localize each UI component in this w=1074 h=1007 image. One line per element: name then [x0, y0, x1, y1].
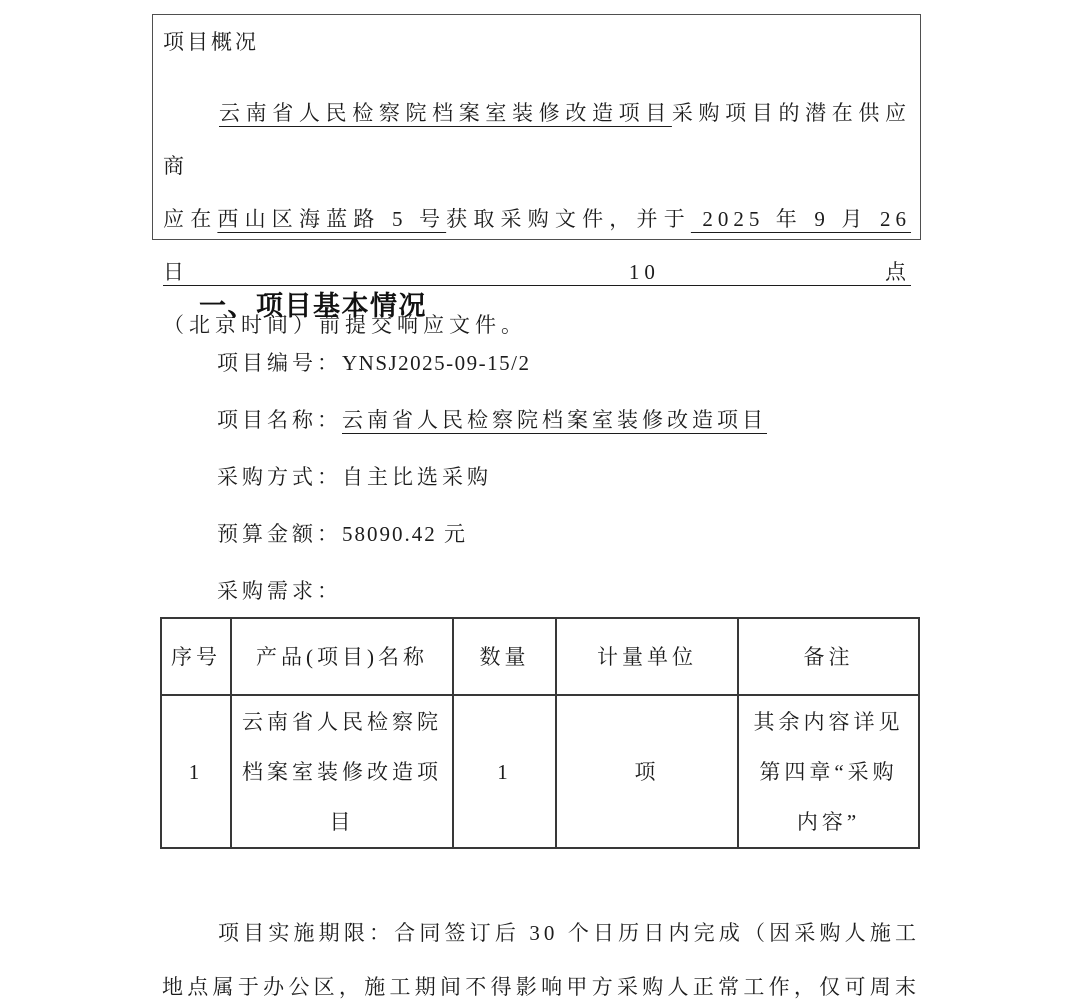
- detail-row-procurement-method: 采购方式：自主比选采购: [217, 463, 492, 491]
- table-header-row: 序号 产品(项目)名称 数量 计量单位 备注: [161, 618, 919, 695]
- table-row: 1 云南省人民检察院档案室装修改造项目 1 项 其余内容详见第四章“采购内容”: [161, 695, 919, 848]
- project-number-value: YNSJ2025-09-15/2: [342, 351, 531, 375]
- overview-title: 项目概况: [163, 29, 259, 56]
- col-header-seq: 序号: [161, 618, 231, 695]
- col-header-product-name: 产品(项目)名称: [231, 618, 453, 695]
- cell-product-name: 云南省人民检察院档案室装修改造项目: [231, 695, 453, 848]
- detail-row-requirements: 采购需求：: [217, 577, 342, 605]
- cell-seq: 1: [161, 695, 231, 848]
- project-number-label: 项目编号：: [217, 351, 342, 375]
- implementation-line-2: 地点属于办公区，施工期间不得影响甲方采购人正常工作，仅可周末: [162, 960, 920, 1007]
- col-header-quantity: 数量: [453, 618, 556, 695]
- procurement-method-value: 自主比选采购: [342, 465, 492, 489]
- detail-row-budget: 预算金额：58090.42 元: [217, 520, 467, 548]
- detail-row-project-name: 项目名称：云南省人民检察院档案室装修改造项目: [217, 406, 767, 434]
- procurement-method-label: 采购方式：: [217, 465, 342, 489]
- requirements-table: 序号 产品(项目)名称 数量 计量单位 备注 1 云南省人民检察院档案室装修改造…: [160, 617, 920, 849]
- budget-label: 预算金额：: [217, 522, 342, 546]
- overview-line-1: 云南省人民检察院档案室装修改造项目采购项目的潜在供应商: [163, 87, 911, 193]
- implementation-line-1: 项目实施期限：合同签订后 30 个日历日内完成（因采购人施工: [162, 906, 920, 960]
- project-name-label: 项目名称：: [217, 408, 342, 432]
- section-heading: 一、项目基本情况: [199, 290, 427, 322]
- overview-line-2: 应在西山区海蓝路 5 号获取采购文件，并于 2025 年 9 月 26 日 10…: [163, 193, 911, 299]
- detail-row-project-number: 项目编号：YNSJ2025-09-15/2: [217, 349, 531, 377]
- budget-value: 58090.42 元: [342, 522, 467, 546]
- project-name-value: 云南省人民检察院档案室装修改造项目: [342, 408, 767, 432]
- col-header-unit: 计量单位: [556, 618, 738, 695]
- document-page: 项目概况 云南省人民检察院档案室装修改造项目采购项目的潜在供应商 应在西山区海蓝…: [0, 0, 1074, 1007]
- project-overview-box: 项目概况 云南省人民检察院档案室装修改造项目采购项目的潜在供应商 应在西山区海蓝…: [152, 14, 921, 240]
- cell-quantity: 1: [453, 695, 556, 848]
- col-header-remark: 备注: [738, 618, 919, 695]
- implementation-paragraph: 项目实施期限：合同签订后 30 个日历日内完成（因采购人施工 地点属于办公区，施…: [162, 906, 920, 1007]
- requirements-label: 采购需求：: [217, 579, 342, 603]
- cell-unit: 项: [556, 695, 738, 848]
- cell-remark: 其余内容详见第四章“采购内容”: [738, 695, 919, 848]
